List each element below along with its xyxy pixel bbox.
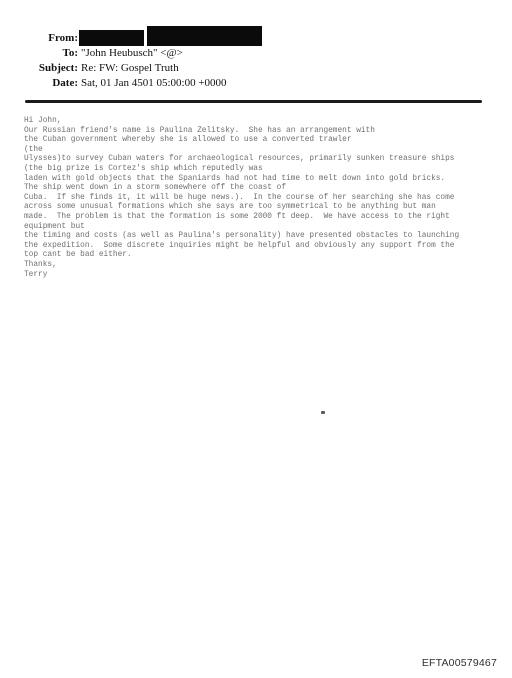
- to-label: To:: [0, 47, 78, 60]
- scan-artifact-dot: [321, 411, 325, 414]
- document-page: From: To:"John Heubusch" <@> Subject:Re:…: [0, 0, 512, 678]
- redaction-box-from-2: [147, 26, 262, 46]
- header-row-to: To:"John Heubusch" <@>: [0, 47, 420, 62]
- subject-value: Re: FW: Gospel Truth: [81, 62, 179, 74]
- redaction-box-from-1: [79, 30, 144, 46]
- to-value: "John Heubusch" <@>: [81, 47, 183, 59]
- header-row-date: Date:Sat, 01 Jan 4501 05:00:00 +0000: [0, 77, 420, 92]
- from-label: From:: [0, 32, 78, 45]
- header-divider: [25, 100, 482, 103]
- date-label: Date:: [0, 77, 78, 90]
- bates-number: EFTA00579467: [422, 657, 497, 669]
- subject-label: Subject:: [0, 62, 78, 75]
- date-value: Sat, 01 Jan 4501 05:00:00 +0000: [81, 77, 227, 89]
- email-body-text: Hi John, Our Russian friend's name is Pa…: [24, 117, 459, 280]
- header-row-subject: Subject:Re: FW: Gospel Truth: [0, 62, 420, 77]
